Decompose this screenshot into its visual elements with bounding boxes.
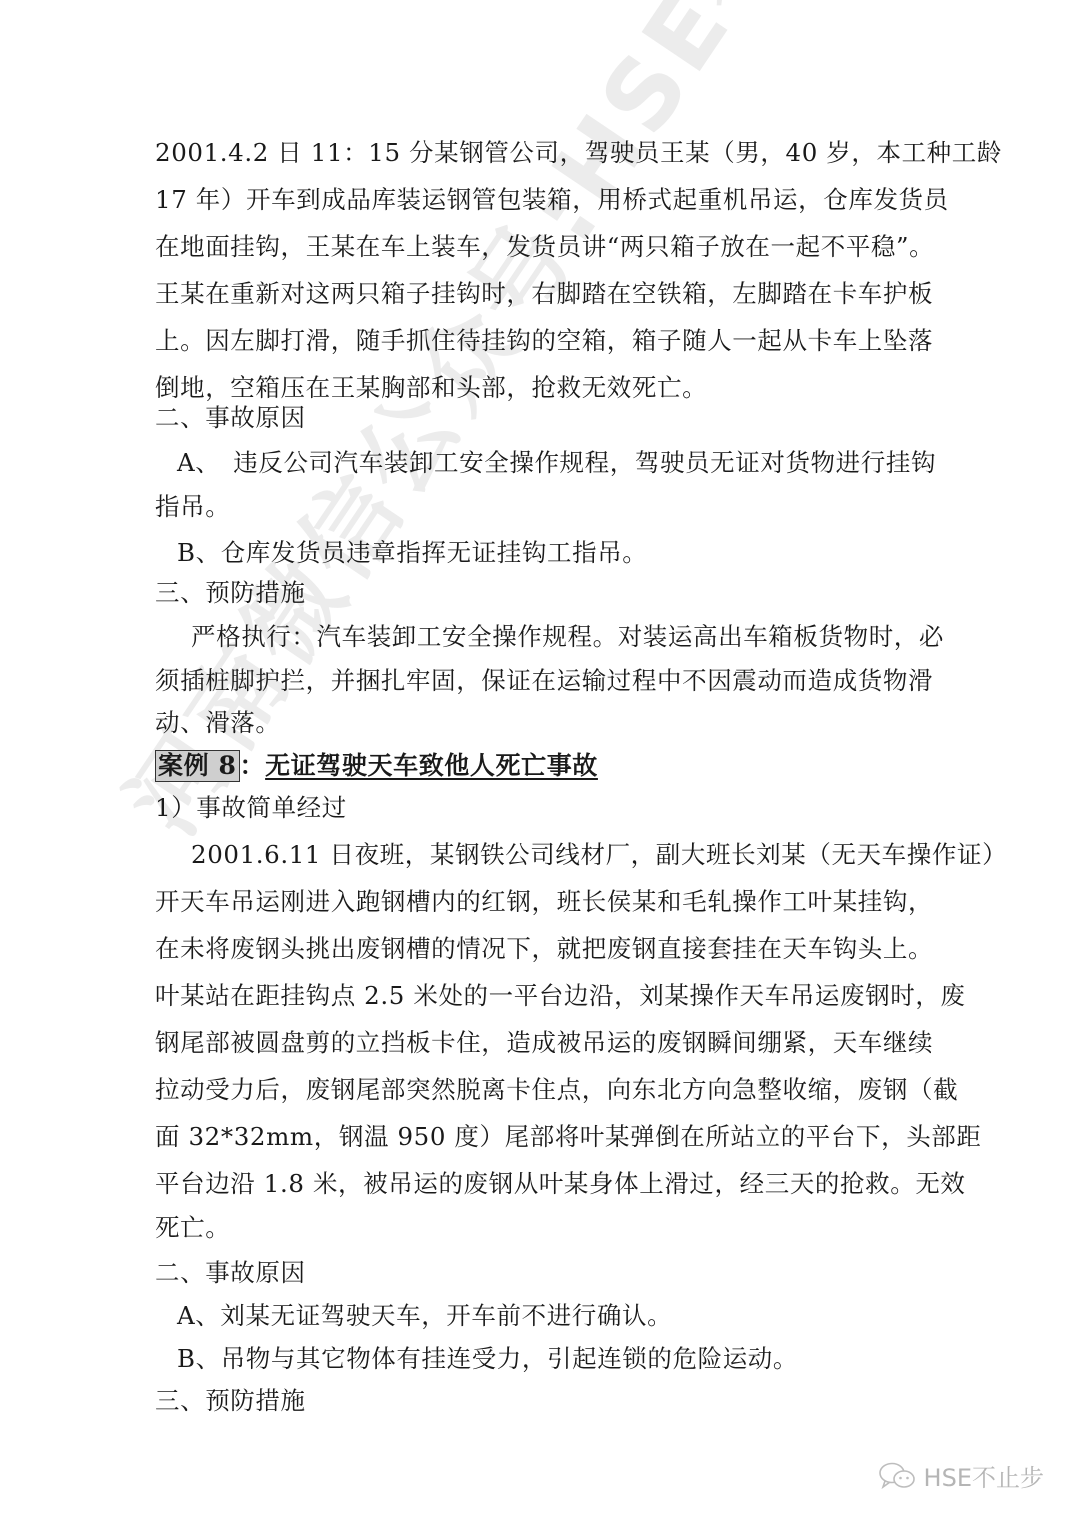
case8-process-line: 叶某站在距挂钩点 2.5 米处的一平台边沿，刘某操作天车吊运废钢时，废	[155, 981, 966, 1011]
case8-process-line: 拉动受力后，废钢尾部突然脱离卡住点，向东北方向急整收缩，废钢（截	[155, 1075, 958, 1105]
case8-process-line: 开天车吊运刚进入跑钢槽内的红钢，班长侯某和毛轧操作工叶某挂钩，	[155, 887, 933, 917]
case7-body-line: 倒地，空箱压在王某胸部和头部，抢救无效死亡。	[155, 373, 707, 403]
case8-title: 案例 8：无证驾驶天车致他人死亡事故	[155, 750, 598, 782]
case8-process-heading: 1）事故简单经过	[155, 793, 347, 823]
case8-name: 无证驾驶天车致他人死亡事故	[265, 751, 598, 780]
case7-body-line: 在地面挂钩，王某在车上装车，发货员讲“两只箱子放在一起不平稳”。	[155, 232, 934, 262]
case7-prevention-line: 须插桩脚护拦，并捆扎牢固，保证在运输过程中不因震动而造成货物滑	[155, 666, 933, 696]
case8-label: 案例 8	[155, 750, 240, 782]
case8-process-line: 钢尾部被圆盘剪的立挡板卡住，造成被吊运的废钢瞬间绷紧，天车继续	[155, 1028, 933, 1058]
case8-process-line: 面 32*32mm，钢温 950 度）尾部将叶某弹倒在所站立的平台下，头部距	[155, 1122, 982, 1152]
case7-cause-a-cont: 指吊。	[155, 492, 230, 522]
case8-process-line: 死亡。	[155, 1213, 230, 1243]
case8-cause-a: A、刘某无证驾驶天车，开车前不进行确认。	[177, 1301, 672, 1331]
case7-prevention-line: 严格执行：汽车装卸工安全操作规程。对装运高出车箱板货物时，必	[191, 622, 944, 652]
case7-cause-a: A、 违反公司汽车装卸工安全操作规程，驾驶员无证对货物进行挂钩	[177, 448, 936, 478]
case7-body-line: 上。因左脚打滑，随手抓住待挂钩的空箱，箱子随人一起从卡车上坠落	[155, 326, 933, 356]
case7-cause-b: B、仓库发货员违章指挥无证挂钩工指吊。	[177, 538, 647, 568]
footer-brand: HSE不止步	[878, 1458, 1044, 1493]
case8-cause-b: B、吊物与其它物体有挂连受力，引起连锁的危险运动。	[177, 1344, 798, 1374]
footer-brand-text: HSE不止步	[924, 1458, 1044, 1493]
case8-process-line: 平台边沿 1.8 米，被吊运的废钢从叶某身体上滑过，经三天的抢救。无效	[155, 1169, 966, 1199]
case8-process-line: 2001.6.11 日夜班，某钢铁公司线材厂，副大班长刘某（无天车操作证）	[191, 840, 1007, 870]
case7-body-line: 17 年）开车到成品库装运钢管包装箱，用桥式起重机吊运，仓库发货员	[155, 185, 949, 215]
case8-colon: ：	[240, 751, 266, 780]
case7-prevention-line: 动、滑落。	[155, 708, 281, 738]
case7-body-line: 王某在重新对这两只箱子挂钩时，右脚踏在空铁箱，左脚踏在卡车护板	[155, 279, 933, 309]
case7-causes-heading: 二、事故原因	[155, 403, 306, 433]
case7-prevention-heading: 三、预防措施	[155, 578, 306, 608]
case8-causes-heading: 二、事故原因	[155, 1258, 306, 1288]
case8-process-line: 在未将废钢头挑出废钢槽的情况下，就把废钢直接套挂在天车钩头上。	[155, 934, 933, 964]
case7-body-line: 2001.4.2 日 11：15 分某钢管公司，驾驶员王某（男，40 岁，本工种…	[155, 138, 1002, 168]
wechat-icon	[878, 1461, 918, 1491]
case8-prevention-heading: 三、预防措施	[155, 1386, 306, 1416]
